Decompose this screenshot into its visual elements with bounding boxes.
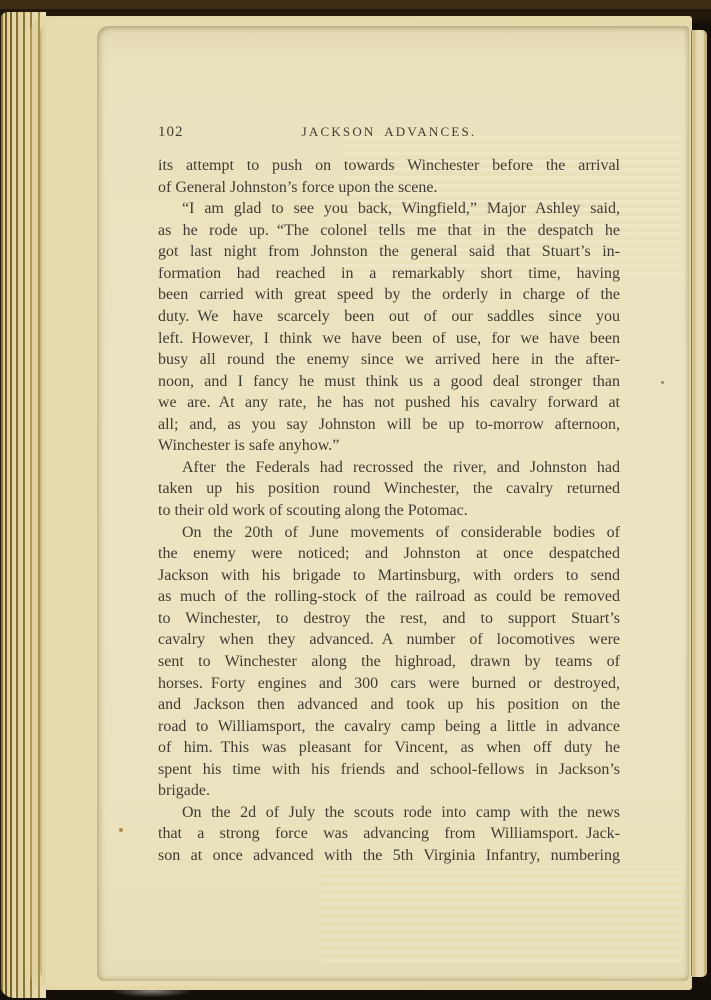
text-column: 102 JACKSON ADVANCES. its attempt to pus… bbox=[158, 123, 620, 867]
text-line: as he rode up. “The colonel tells me tha… bbox=[158, 220, 620, 242]
text-line: son at once advanced with the 5th Virgin… bbox=[158, 845, 620, 867]
text-line: busy all round the enemy since we arrive… bbox=[158, 349, 620, 371]
text-line: left. However, I think we have been of u… bbox=[158, 328, 620, 350]
paragraph: its attempt to push on towards Wincheste… bbox=[158, 155, 620, 198]
text-line: of General Johnston’s force upon the sce… bbox=[158, 177, 620, 199]
text-line: formation had reached in a remarkably sh… bbox=[158, 263, 620, 285]
text-line: got last night from Johnston the general… bbox=[158, 241, 620, 263]
running-title: JACKSON ADVANCES. bbox=[158, 123, 620, 141]
text-line: spent his time with his friends and scho… bbox=[158, 759, 620, 781]
text-line: Winchester is safe anyhow.” bbox=[158, 435, 620, 457]
text-line: road to Williamsport, the cavalry camp b… bbox=[158, 716, 620, 738]
page-number: 102 bbox=[158, 123, 184, 141]
text-line: brigade. bbox=[158, 780, 620, 802]
text-block: its attempt to push on towards Wincheste… bbox=[158, 155, 620, 867]
text-line: to Winchester, to destroy the rest, and … bbox=[158, 608, 620, 630]
text-line: all; and, as you say Johnston will be up… bbox=[158, 414, 620, 436]
text-line: After the Federals had recrossed the riv… bbox=[158, 457, 620, 479]
scan-streak bbox=[323, 871, 683, 966]
text-line: we are. At any rate, he has not pushed h… bbox=[158, 392, 620, 414]
book-photograph: 102 JACKSON ADVANCES. its attempt to pus… bbox=[0, 0, 711, 1000]
text-line: horses. Forty engines and 300 cars were … bbox=[158, 673, 620, 695]
text-line: On the 20th of June movements of conside… bbox=[158, 522, 620, 544]
text-line: been carried with great speed by the ord… bbox=[158, 284, 620, 306]
text-line: that a strong force was advancing from W… bbox=[158, 823, 620, 845]
text-line: “I am glad to see you back, Wingfield,” … bbox=[158, 198, 620, 220]
right-page-edges bbox=[691, 30, 707, 977]
text-line: duty. We have scarcely been out of our s… bbox=[158, 306, 620, 328]
paragraph: “I am glad to see you back, Wingfield,” … bbox=[158, 198, 620, 457]
paragraph: After the Federals had recrossed the riv… bbox=[158, 457, 620, 522]
text-line: of him. This was pleasant for Vincent, a… bbox=[158, 737, 620, 759]
paragraph: On the 20th of June movements of conside… bbox=[158, 522, 620, 802]
text-line: to their old work of scouting along the … bbox=[158, 500, 620, 522]
paragraph: On the 2d of July the scouts rode into c… bbox=[158, 802, 620, 867]
book-page: 102 JACKSON ADVANCES. its attempt to pus… bbox=[97, 26, 689, 981]
text-line: sent to Winchester along the highroad, d… bbox=[158, 651, 620, 673]
text-line: On the 2d of July the scouts rode into c… bbox=[158, 802, 620, 824]
text-line: as much of the rolling-stock of the rail… bbox=[158, 586, 620, 608]
text-line: Jackson with his brigade to Martinsburg,… bbox=[158, 565, 620, 587]
text-line: taken up his position round Winchester, … bbox=[158, 478, 620, 500]
text-line: the enemy were noticed; and Johnston at … bbox=[158, 543, 620, 565]
text-line: its attempt to push on towards Wincheste… bbox=[158, 155, 620, 177]
text-line: cavalry when they advanced. A number of … bbox=[158, 629, 620, 651]
page-header: 102 JACKSON ADVANCES. bbox=[158, 123, 620, 141]
text-line: noon, and I fancy he must think us a goo… bbox=[158, 371, 620, 393]
text-line: and Jackson then advanced and took up hi… bbox=[158, 694, 620, 716]
